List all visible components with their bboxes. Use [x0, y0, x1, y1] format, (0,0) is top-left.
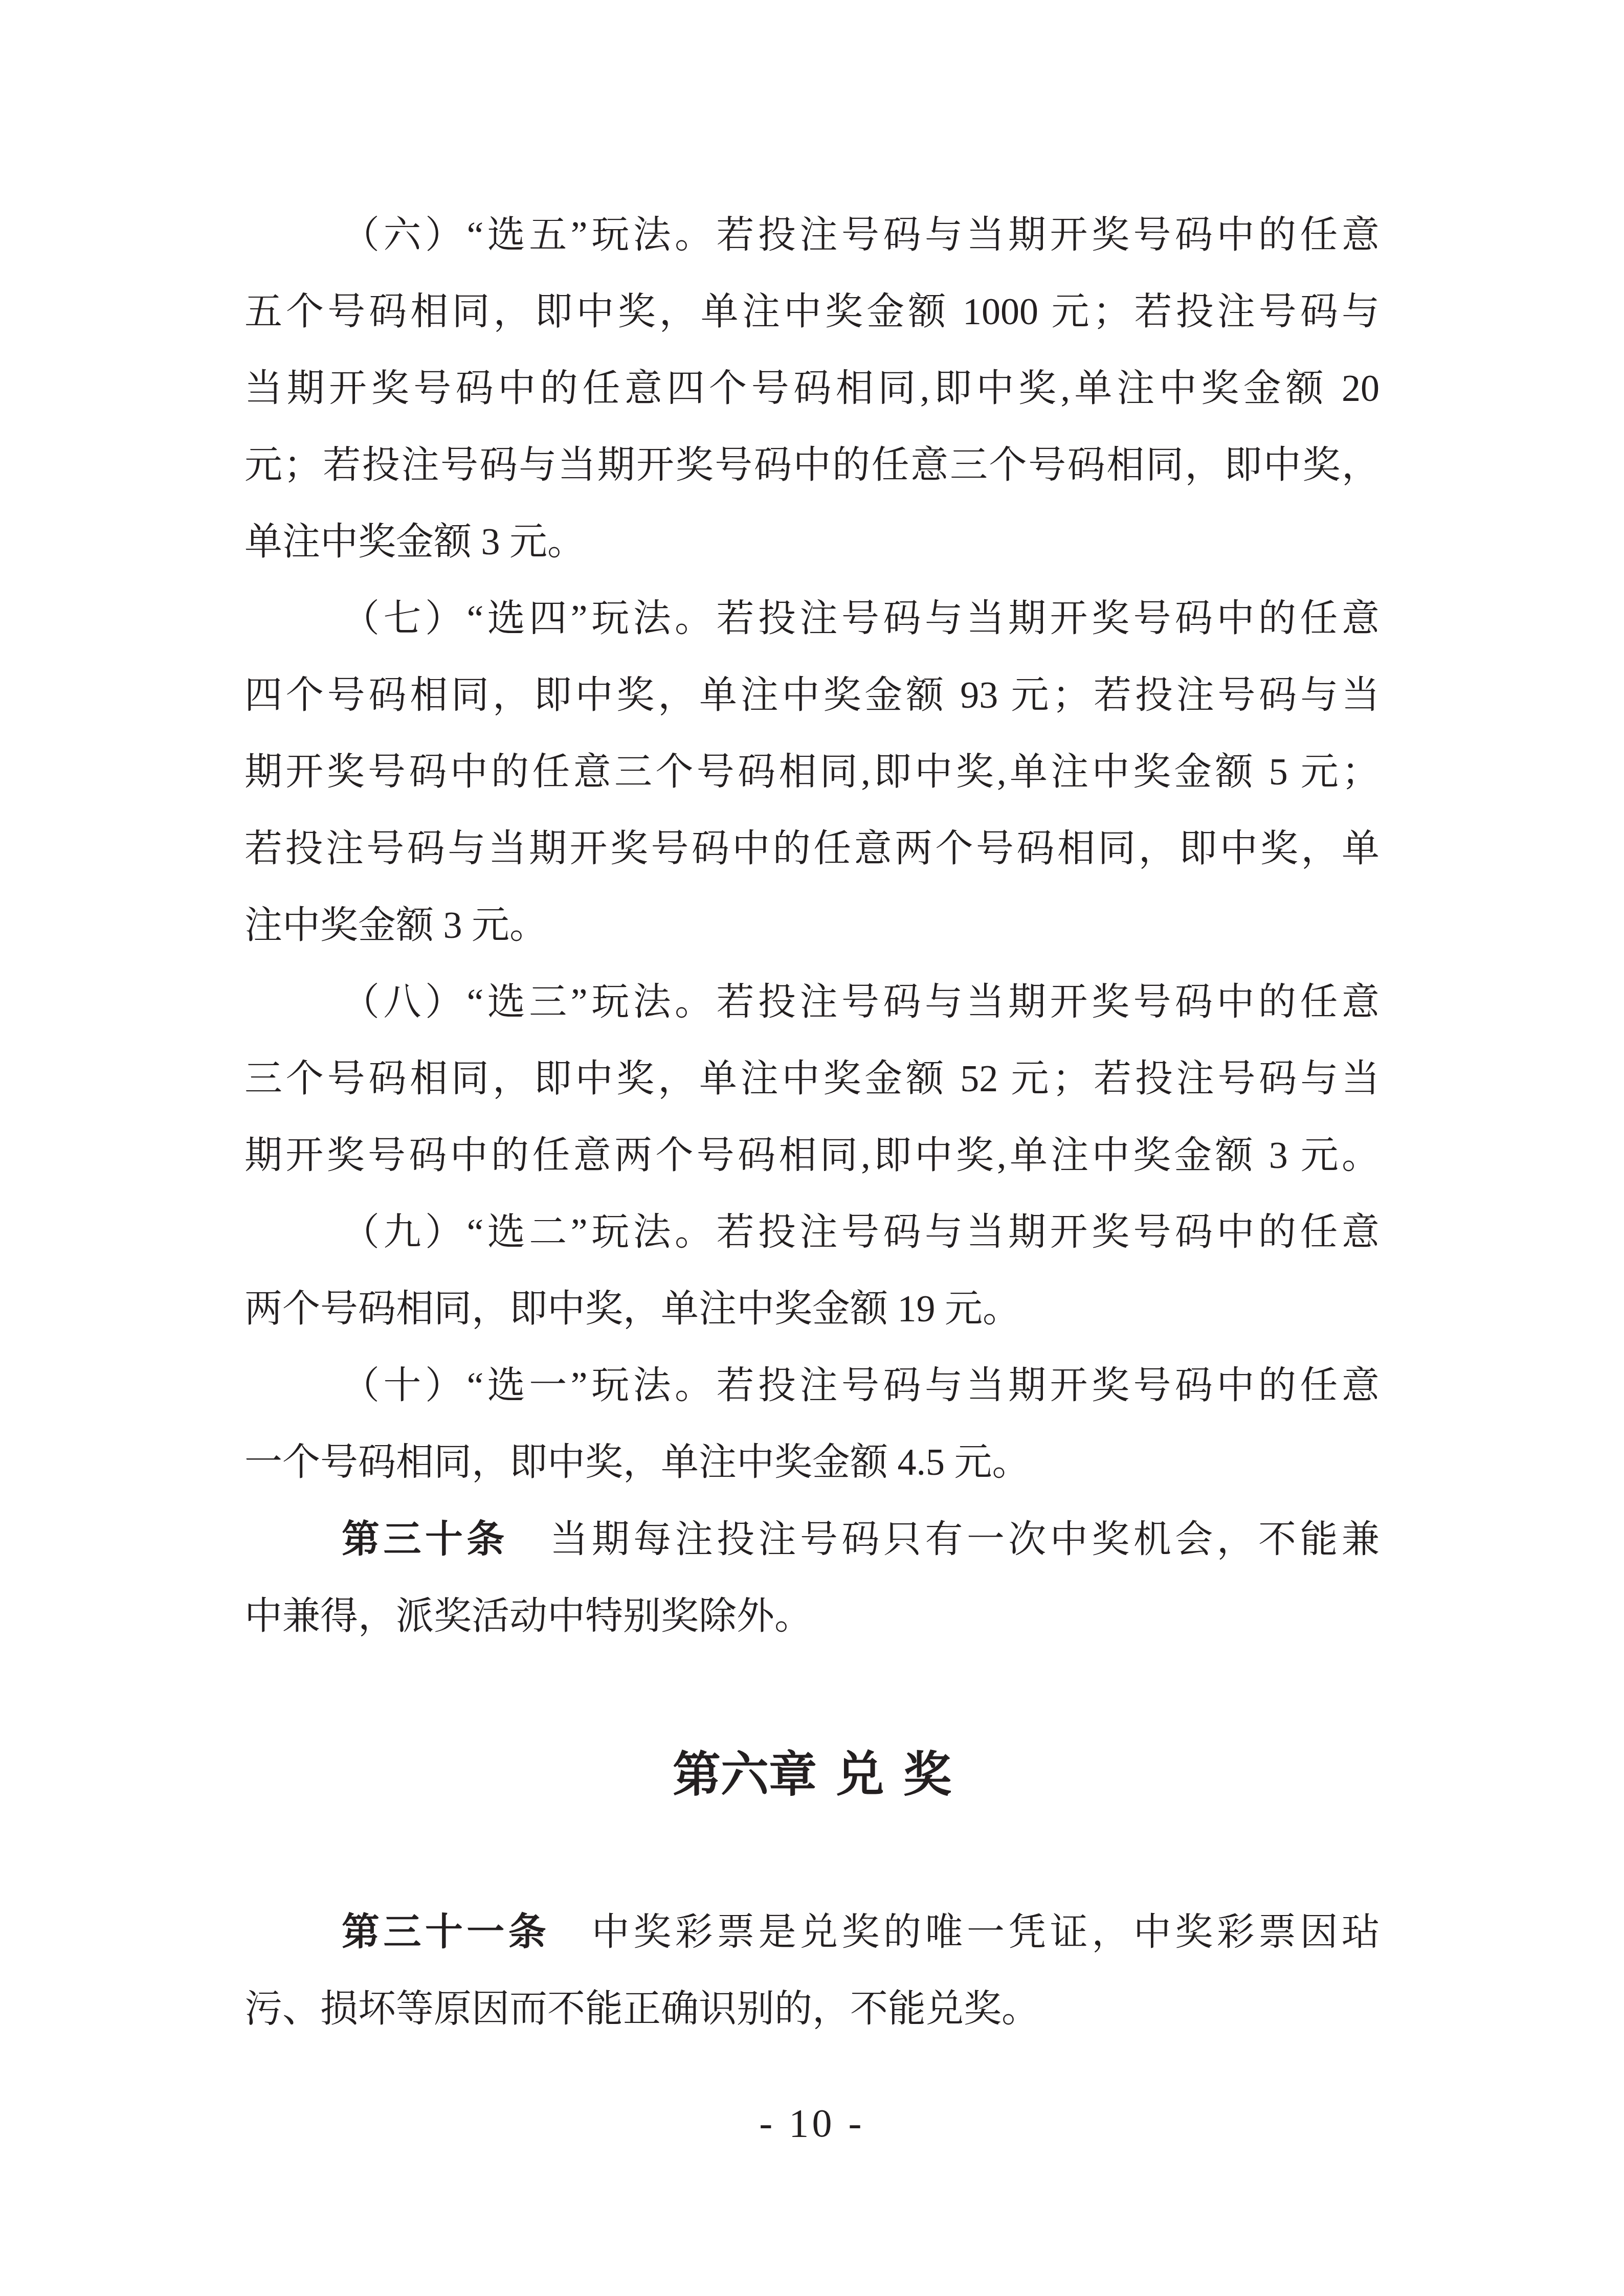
clause-six-line-5: 单注中奖金额 3 元。 — [244, 504, 1380, 580]
clause-six-line-4: 元；若投注号码与当期开奖号码中的任意三个号码相同，即中奖， — [244, 427, 1380, 504]
article-31-text: 中奖彩票是兑奖的唯一凭证，中奖彩票因玷 — [550, 1911, 1380, 1953]
clause-eight-line-2: 三个号码相同，即中奖，单注中奖金额 52 元；若投注号码与当 — [244, 1041, 1380, 1117]
clause-six-line-3: 当期开奖号码中的任意四个号码相同,即中奖,单注中奖金额 20 — [244, 350, 1380, 427]
article-30-text: 当期每注投注号码只有一次中奖机会，不能兼 — [508, 1519, 1380, 1561]
article-31-label: 第三十一条 — [342, 1910, 550, 1953]
chapter-heading: 第六章 兑 奖 — [244, 1737, 1380, 1813]
clause-nine-line-2: 两个号码相同，即中奖，单注中奖金额 19 元。 — [244, 1271, 1380, 1347]
clause-ten-line-2: 一个号码相同，即中奖，单注中奖金额 4.5 元。 — [244, 1424, 1380, 1501]
clause-seven-line-5: 注中奖金额 3 元。 — [244, 887, 1380, 964]
article-30-line-1: 第三十条 当期每注投注号码只有一次中奖机会，不能兼 — [244, 1501, 1380, 1578]
clause-eight-line-1: （八）“选三”玩法。若投注号码与当期开奖号码中的任意 — [244, 964, 1380, 1041]
clause-nine-line-1: （九）“选二”玩法。若投注号码与当期开奖号码中的任意 — [244, 1194, 1380, 1271]
clause-seven-line-3: 期开奖号码中的任意三个号码相同,即中奖,单注中奖金额 5 元； — [244, 734, 1380, 811]
clause-seven-line-4: 若投注号码与当期开奖号码中的任意两个号码相同，即中奖，单 — [244, 811, 1380, 887]
article-31-line-2: 污、损坏等原因而不能正确识别的，不能兑奖。 — [244, 1971, 1380, 2047]
clause-six-line-1: （六）“选五”玩法。若投注号码与当期开奖号码中的任意 — [244, 197, 1380, 274]
clause-ten-line-1: （十）“选一”玩法。若投注号码与当期开奖号码中的任意 — [244, 1347, 1380, 1424]
clause-eight-line-3: 期开奖号码中的任意两个号码相同,即中奖,单注中奖金额 3 元。 — [244, 1117, 1380, 1194]
clause-seven-line-1: （七）“选四”玩法。若投注号码与当期开奖号码中的任意 — [244, 580, 1380, 657]
article-30-line-2: 中兼得，派奖活动中特别奖除外。 — [244, 1578, 1380, 1655]
document-page: （六）“选五”玩法。若投注号码与当期开奖号码中的任意 五个号码相同，即中奖，单注… — [0, 0, 1624, 2296]
article-31-line-1: 第三十一条 中奖彩票是兑奖的唯一凭证，中奖彩票因玷 — [244, 1894, 1380, 1971]
page-number: - 10 - — [244, 2098, 1380, 2149]
article-30-label: 第三十条 — [342, 1518, 508, 1560]
clause-seven-line-2: 四个号码相同，即中奖，单注中奖金额 93 元；若投注号码与当 — [244, 657, 1380, 734]
clause-six-line-2: 五个号码相同，即中奖，单注中奖金额 1000 元；若投注号码与 — [244, 274, 1380, 350]
